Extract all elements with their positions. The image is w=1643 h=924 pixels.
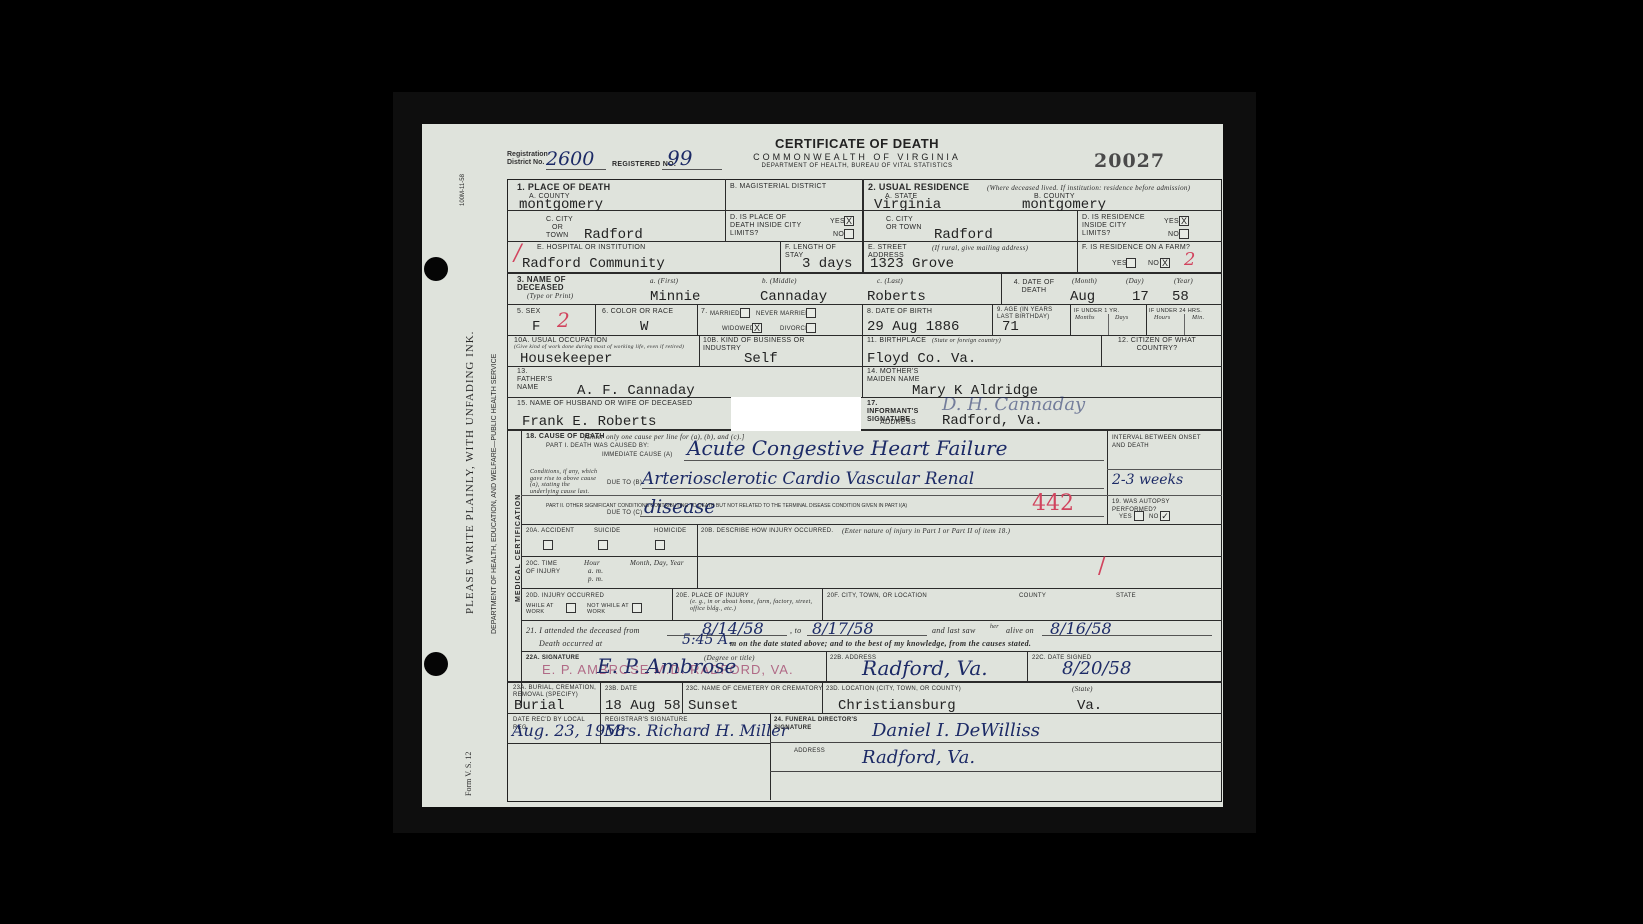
spouse-name: Frank E. Roberts [522, 415, 656, 429]
immediate-cause: Acute Congestive Heart Failure [687, 436, 1007, 460]
sex: F [532, 320, 540, 334]
registrar-signature: Mrs. Richard H. Miller [604, 721, 788, 740]
first-name: Minnie [650, 290, 700, 304]
red-tick-mark-2: / [1098, 554, 1105, 579]
last-name: Roberts [867, 290, 926, 304]
cause-code: 442 [1032, 491, 1074, 516]
death-certificate: 100M-11-58 PLEASE WRITE PLAINLY, WITH UN… [422, 124, 1223, 807]
while-at-work-checkbox[interactable] [566, 603, 576, 613]
homicide-checkbox[interactable] [655, 540, 665, 550]
birthplace: Floyd Co. Va. [867, 352, 976, 366]
form-number: Form V. S. 12 [464, 752, 473, 796]
form-code: 100M-11-58 [460, 174, 466, 206]
death-time: 5:45 A. [682, 632, 732, 648]
physician-address: Radford, Va. [862, 656, 988, 680]
burial-method: Burial [514, 699, 564, 713]
autopsy-no-checkbox[interactable]: ✓ [1160, 511, 1170, 521]
burial-location: Christiansburg [838, 699, 956, 713]
physician-signature: E. P. Ambrose [597, 654, 736, 678]
autopsy-yes-checkbox[interactable] [1134, 511, 1144, 521]
write-plainly-instruction: PLEASE WRITE PLAINLY, WITH UNFADING INK. [464, 331, 476, 614]
death-inside-limits-no-checkbox[interactable] [844, 229, 854, 239]
commonwealth-title: Commonwealth of Virginia [727, 152, 987, 162]
death-county: montgomery [519, 198, 603, 212]
not-while-at-work-checkbox[interactable] [632, 603, 642, 613]
place-of-death-label: 1. PLACE OF DEATH [517, 183, 610, 192]
registration-district-no: 2600 [546, 148, 594, 170]
residence-inside-limits-yes-checkbox[interactable]: X [1179, 216, 1189, 226]
date-signed: 8/20/58 [1062, 658, 1131, 679]
residence-city: Radford [934, 228, 993, 242]
binder-hole-top [424, 257, 448, 281]
registered-no: 99 [667, 146, 692, 170]
due-to-b-cause: Arteriosclerotic Cardio Vascular Renal [642, 469, 974, 489]
farm-no-checkbox[interactable]: X [1160, 258, 1170, 268]
suicide-checkbox[interactable] [598, 540, 608, 550]
residence-county: montgomery [1022, 198, 1106, 212]
certificate-title: Certificate of Death [727, 136, 987, 151]
red-tick-mark: / [514, 241, 521, 266]
redacted-field [731, 397, 861, 431]
race: W [640, 320, 648, 334]
street-address: 1323 Grove [870, 257, 954, 271]
funeral-director-signature: Daniel I. DeWilliss [872, 720, 1040, 741]
length-of-stay: 3 days [802, 257, 852, 271]
registration-district-label: Registration District No. [507, 151, 547, 167]
widowed-checkbox[interactable]: X [752, 323, 762, 333]
accident-checkbox[interactable] [543, 540, 553, 550]
hospital: Radford Community [522, 257, 665, 271]
certificate-number: 20027 [1094, 150, 1165, 172]
divorced-checkbox[interactable] [806, 323, 816, 333]
death-day: 17 [1132, 290, 1149, 304]
residence-inside-limits-no-checkbox[interactable] [1179, 229, 1189, 239]
department-title: Department of Health, Bureau of Vital St… [727, 163, 987, 169]
informant-address: Radford, Va. [942, 414, 1043, 428]
married-checkbox[interactable] [740, 308, 750, 318]
usual-residence-label: 2. USUAL RESIDENCE [868, 183, 969, 192]
burial-state: Va. [1077, 699, 1102, 713]
certificate-header: Certificate of Death Commonwealth of Vir… [727, 136, 987, 169]
father-name: A. F. Cannaday [577, 384, 695, 398]
middle-name: Cannaday [760, 290, 827, 304]
occupation: Housekeeper [520, 352, 612, 366]
never-married-checkbox[interactable] [806, 308, 816, 318]
interval-onset-death: 2-3 weeks [1112, 472, 1183, 488]
binder-hole-bottom [424, 652, 448, 676]
department-margin-text: DEPARTMENT OF HEALTH, EDUCATION, AND WEL… [491, 354, 498, 634]
residence-state: Virginia [874, 198, 941, 212]
business: Self [744, 352, 778, 366]
informant-signature: D. H. Cannaday [942, 394, 1085, 415]
burial-date: 18 Aug 58 [605, 699, 681, 713]
death-city: Radford [584, 228, 643, 242]
death-year: 58 [1172, 290, 1189, 304]
funeral-director-address: Radford, Va. [862, 747, 975, 768]
sex-code: 2 [557, 308, 570, 332]
age: 71 [1002, 320, 1019, 334]
death-inside-limits-yes-checkbox[interactable]: X [844, 216, 854, 226]
farm-yes-checkbox[interactable] [1126, 258, 1136, 268]
death-month: Aug [1070, 290, 1095, 304]
cemetery-name: Sunset [688, 699, 738, 713]
date-of-birth: 29 Aug 1886 [867, 320, 959, 334]
farm-code: 2 [1184, 249, 1195, 270]
